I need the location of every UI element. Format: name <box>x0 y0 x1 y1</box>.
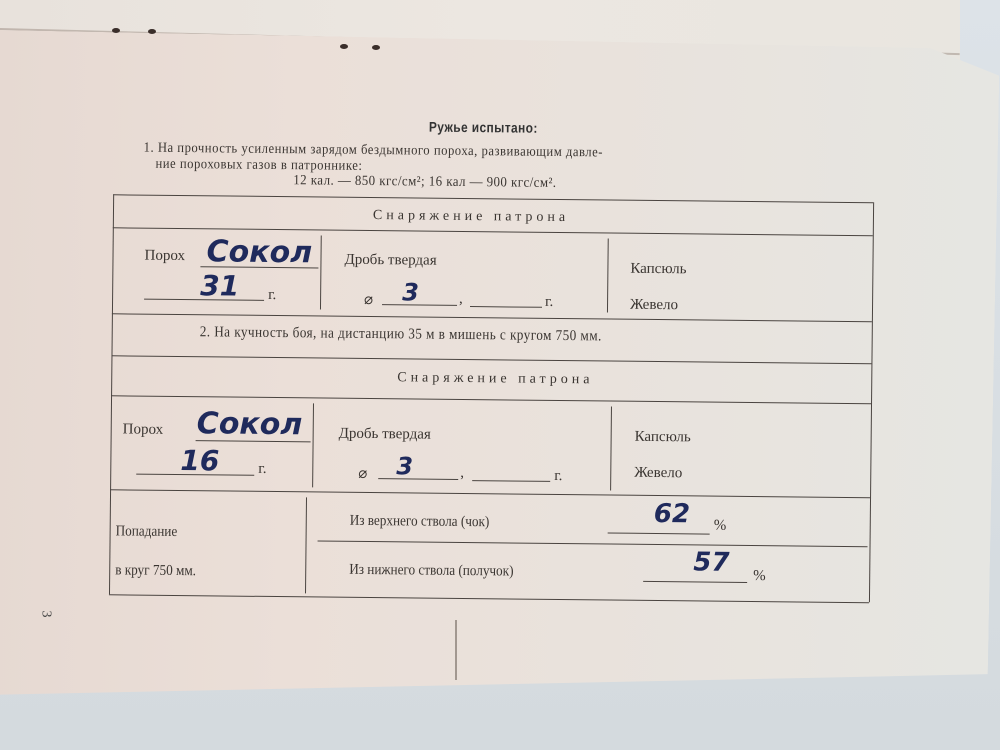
upper-barrel-value: 62 <box>654 499 690 529</box>
test-certificate-form: Ружье испытано: 1. На прочность усиленны… <box>79 115 914 624</box>
upper-barrel-label: Из верхнего ствола (чок) <box>350 513 490 531</box>
block1-header: Снаряжение патрона <box>373 208 569 226</box>
table-bottom-border <box>109 594 869 603</box>
table-top-border <box>113 194 873 203</box>
form-title: Ружье испытано: <box>429 119 538 136</box>
section1-line2: ние пороховых газов в патроннике: <box>155 157 362 175</box>
lower-barrel-label: Из нижнего ствола (получок) <box>349 562 513 581</box>
divider <box>318 540 868 547</box>
divider <box>610 407 612 491</box>
powder-weight: 31 <box>200 269 239 302</box>
powder-weight: 16 <box>180 444 219 477</box>
shot-number-blank <box>378 478 458 480</box>
divider <box>112 313 872 322</box>
divider <box>111 355 871 364</box>
divider <box>110 489 870 498</box>
shot-weight-blank <box>470 306 542 308</box>
powder-weight-unit: г. <box>258 461 266 478</box>
stain-mark <box>148 29 156 34</box>
shot-diameter-symbol: ⌀ <box>358 464 367 483</box>
divider <box>312 403 314 487</box>
capsule-label: Капсюль <box>630 261 686 279</box>
page-number: 3 <box>38 611 54 618</box>
lower-barrel-value: 57 <box>693 547 729 577</box>
hits-label-line1: Попадание <box>116 523 178 541</box>
shot-weight-unit: г. <box>545 294 553 311</box>
powder-value: Сокол <box>197 406 303 442</box>
powder-weight-unit: г. <box>268 287 276 304</box>
shot-diameter-symbol: ⌀ <box>364 290 373 309</box>
powder-label: Порох <box>123 421 164 438</box>
powder-label: Порох <box>144 248 185 265</box>
comma: , <box>459 291 463 308</box>
section2-text: 2. На кучность боя, на дистанцию 35 м в … <box>200 324 602 345</box>
shot-weight-blank <box>472 480 550 482</box>
wad-label: Жевело <box>634 465 682 483</box>
section1-line3: 12 кал. — 850 кгс/см²; 16 кал — 900 кгс/… <box>293 173 556 192</box>
percent-sign: % <box>714 518 727 535</box>
divider <box>111 395 871 404</box>
stain-mark <box>340 44 348 49</box>
stain-mark <box>372 45 380 50</box>
table-left-border <box>109 194 114 594</box>
divider <box>320 235 322 309</box>
shot-label: Дробь твердая <box>344 252 436 270</box>
hits-label-line2: в круг 750 мм. <box>115 562 196 580</box>
lower-barrel-blank <box>643 581 747 583</box>
capsule-label: Капсюль <box>635 429 691 447</box>
paper-tear <box>455 620 457 680</box>
divider <box>305 497 307 593</box>
shot-number-blank <box>382 304 457 306</box>
wad-label: Жевело <box>630 297 678 315</box>
shot-number: 3 <box>396 452 413 480</box>
upper-barrel-blank <box>608 533 710 535</box>
percent-sign: % <box>753 568 766 585</box>
block2-header: Снаряжение патрона <box>397 370 593 388</box>
shot-weight-unit: г. <box>554 468 562 485</box>
comma: , <box>460 465 464 482</box>
shot-label: Дробь твердая <box>339 426 431 444</box>
shot-number: 3 <box>402 278 419 306</box>
powder-value: Сокол <box>206 234 312 270</box>
divider <box>607 238 609 312</box>
stain-mark <box>112 28 120 33</box>
